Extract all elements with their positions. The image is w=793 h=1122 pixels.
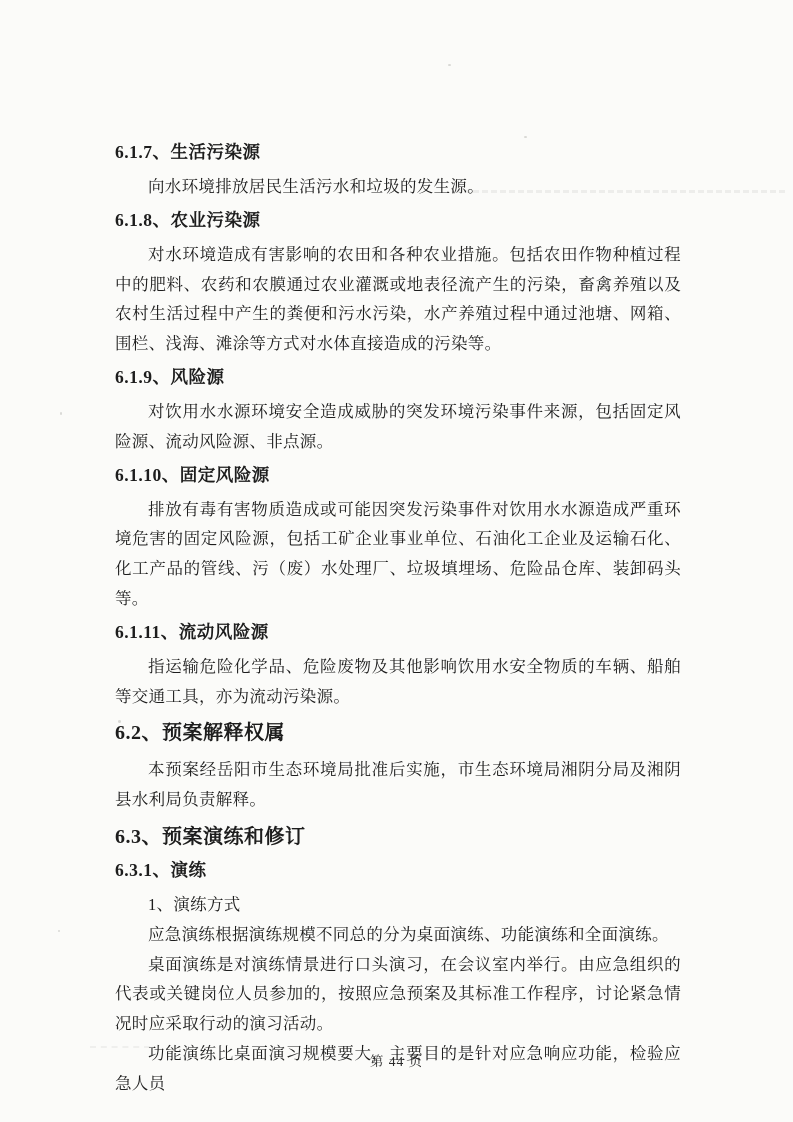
section-heading-6-3-1: 6.3.1、演练 <box>115 859 681 881</box>
section-heading-6-1-11: 6.1.11、流动风险源 <box>115 621 681 643</box>
paragraph-6-2: 本预案经岳阳市生态环境局批准后实施，市生态环境局湘阴分局及湘阴县水利局负责解释。 <box>115 755 681 815</box>
section-heading-6-1-7: 6.1.7、生活污染源 <box>115 141 681 163</box>
scan-artifact-speck <box>58 930 60 932</box>
paragraph-drill-method-title: 1、演练方式 <box>115 890 681 920</box>
page-number: 第 44 页 <box>0 1050 793 1070</box>
section-heading-6-1-9: 6.1.9、风险源 <box>115 366 681 388</box>
document-body: 6.1.7、生活污染源 向水环境排放居民生活污水和垃圾的发生源。 6.1.8、农… <box>115 141 681 1099</box>
paragraph-6-1-11: 指运输危险化学品、危险废物及其他影响饮用水安全物质的车辆、船舶等交通工具，亦为流… <box>115 652 681 712</box>
paragraph-drill-types: 应急演练根据演练规模不同总的分为桌面演练、功能演练和全面演练。 <box>115 920 681 950</box>
scan-artifact-speck <box>60 412 62 415</box>
scan-artifact-speck <box>524 136 527 138</box>
scan-artifact-speck <box>448 64 451 66</box>
section-heading-6-3: 6.3、预案演练和修订 <box>115 824 681 851</box>
paragraph-6-1-7: 向水环境排放居民生活污水和垃圾的发生源。 <box>115 172 681 202</box>
paragraph-6-1-9: 对饮用水水源环境安全造成威胁的突发环境污染事件来源，包括固定风险源、流动风险源、… <box>115 397 681 457</box>
paragraph-6-1-8: 对水环境造成有害影响的农田和各种农业措施。包括农田作物种植过程中的肥料、农药和农… <box>115 240 681 359</box>
scanned-document-page: 6.1.7、生活污染源 向水环境排放居民生活污水和垃圾的发生源。 6.1.8、农… <box>0 0 793 1122</box>
section-heading-6-1-8: 6.1.8、农业污染源 <box>115 209 681 231</box>
section-heading-6-1-10: 6.1.10、固定风险源 <box>115 464 681 486</box>
paragraph-desktop-drill: 桌面演练是对演练情景进行口头演习，在会议室内举行。由应急组织的代表或关键岗位人员… <box>115 950 681 1039</box>
paragraph-6-1-10: 排放有毒有害物质造成或可能因突发污染事件对饮用水水源造成严重环境危害的固定风险源… <box>115 495 681 614</box>
section-heading-6-2: 6.2、预案解释权属 <box>115 720 681 747</box>
